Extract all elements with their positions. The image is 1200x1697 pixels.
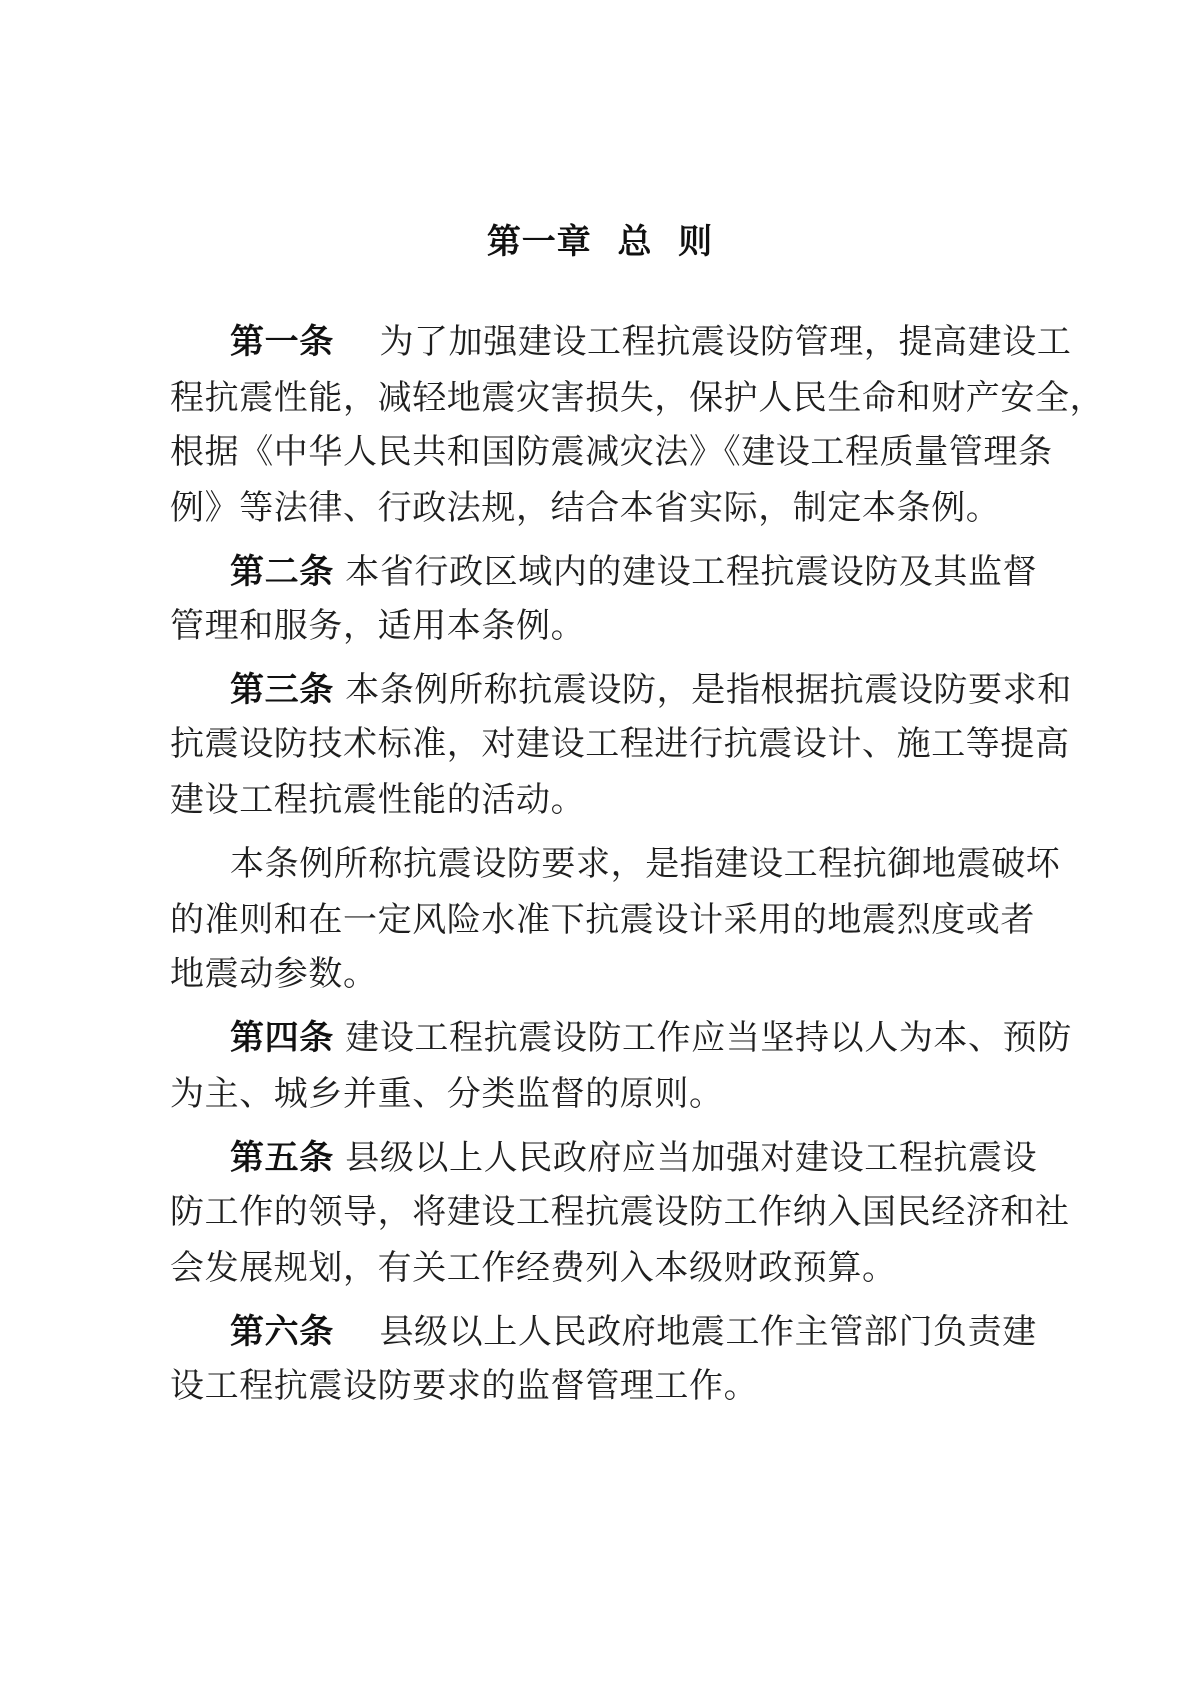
article-text: 县级以上人民政府地震工作主管部门负责建 — [379, 1312, 1036, 1352]
article-5-line-2: 防工作的领导，将建设工程抗震设防工作纳入国民经济和社 — [170, 1192, 1070, 1232]
article-text: 本条例所称抗震设防，是指根据抗震设防要求和 — [345, 670, 1072, 710]
article-4-line-1: 第四条 建设工程抗震设防工作应当坚持以人为本、预防 — [230, 1018, 1072, 1058]
article-5-line-3: 会发展规划，有关工作经费列入本级财政预算。 — [170, 1248, 897, 1288]
article-number: 第五条 — [230, 1138, 334, 1178]
article-gap — [334, 322, 380, 362]
article-gap — [334, 670, 345, 710]
article-1-line-1: 第一条 为了加强建设工程抗震设防管理，提高建设工 — [230, 322, 1071, 362]
article-gap — [334, 1018, 345, 1058]
article-text: 建设工程抗震设防工作应当坚持以人为本、预防 — [345, 1018, 1072, 1058]
article-text: 本省行政区域内的建设工程抗震设防及其监督 — [345, 552, 1037, 592]
article-6-line-2: 设工程抗震设防要求的监督管理工作。 — [170, 1366, 758, 1406]
article-number: 第六条 — [230, 1312, 334, 1352]
article-3-paragraph-2-line-2: 的准则和在一定风险水准下抗震设计采用的地震烈度或者 — [170, 900, 1035, 940]
article-1-line-2: 程抗震性能，减轻地震灾害损失，保护人民生命和财产安全， — [170, 378, 1104, 418]
article-3-line-1: 第三条 本条例所称抗震设防，是指根据抗震设防要求和 — [230, 670, 1072, 710]
article-5-line-1: 第五条 县级以上人民政府应当加强对建设工程抗震设 — [230, 1138, 1037, 1178]
article-number: 第二条 — [230, 552, 334, 592]
article-gap — [334, 1138, 345, 1178]
article-3-paragraph-2-line-3: 地震动参数。 — [170, 954, 378, 994]
article-4-line-2: 为主、城乡并重、分类监督的原则。 — [170, 1074, 724, 1114]
article-number: 第一条 — [230, 322, 334, 362]
article-3-line-2: 抗震设防技术标准，对建设工程进行抗震设计、施工等提高 — [170, 724, 1070, 764]
article-number: 第四条 — [230, 1018, 334, 1058]
article-1-line-3: 根据《中华人民共和国防震减灾法》《建设工程质量管理条 — [170, 432, 1053, 472]
article-text: 县级以上人民政府应当加强对建设工程抗震设 — [345, 1138, 1037, 1178]
article-6-line-1: 第六条 县级以上人民政府地震工作主管部门负责建 — [230, 1312, 1037, 1352]
article-3-paragraph-2-line-1: 本条例所称抗震设防要求，是指建设工程抗御地震破坏 — [230, 844, 1060, 884]
document-page: 第一章 总 则 第一条 为了加强建设工程抗震设防管理，提高建设工 程抗震性能，减… — [0, 0, 1200, 1697]
article-gap — [334, 552, 345, 592]
article-text: 为了加强建设工程抗震设防管理，提高建设工 — [379, 322, 1071, 362]
article-2-line-1: 第二条 本省行政区域内的建设工程抗震设防及其监督 — [230, 552, 1037, 592]
article-2-line-2: 管理和服务，适用本条例。 — [170, 606, 585, 646]
chapter-title: 第一章 总 则 — [0, 214, 1200, 263]
article-1-line-4: 例》等法律、行政法规，结合本省实际，制定本条例。 — [170, 488, 1000, 528]
article-number: 第三条 — [230, 670, 334, 710]
article-gap — [334, 1312, 380, 1352]
article-3-line-3: 建设工程抗震性能的活动。 — [170, 780, 585, 820]
